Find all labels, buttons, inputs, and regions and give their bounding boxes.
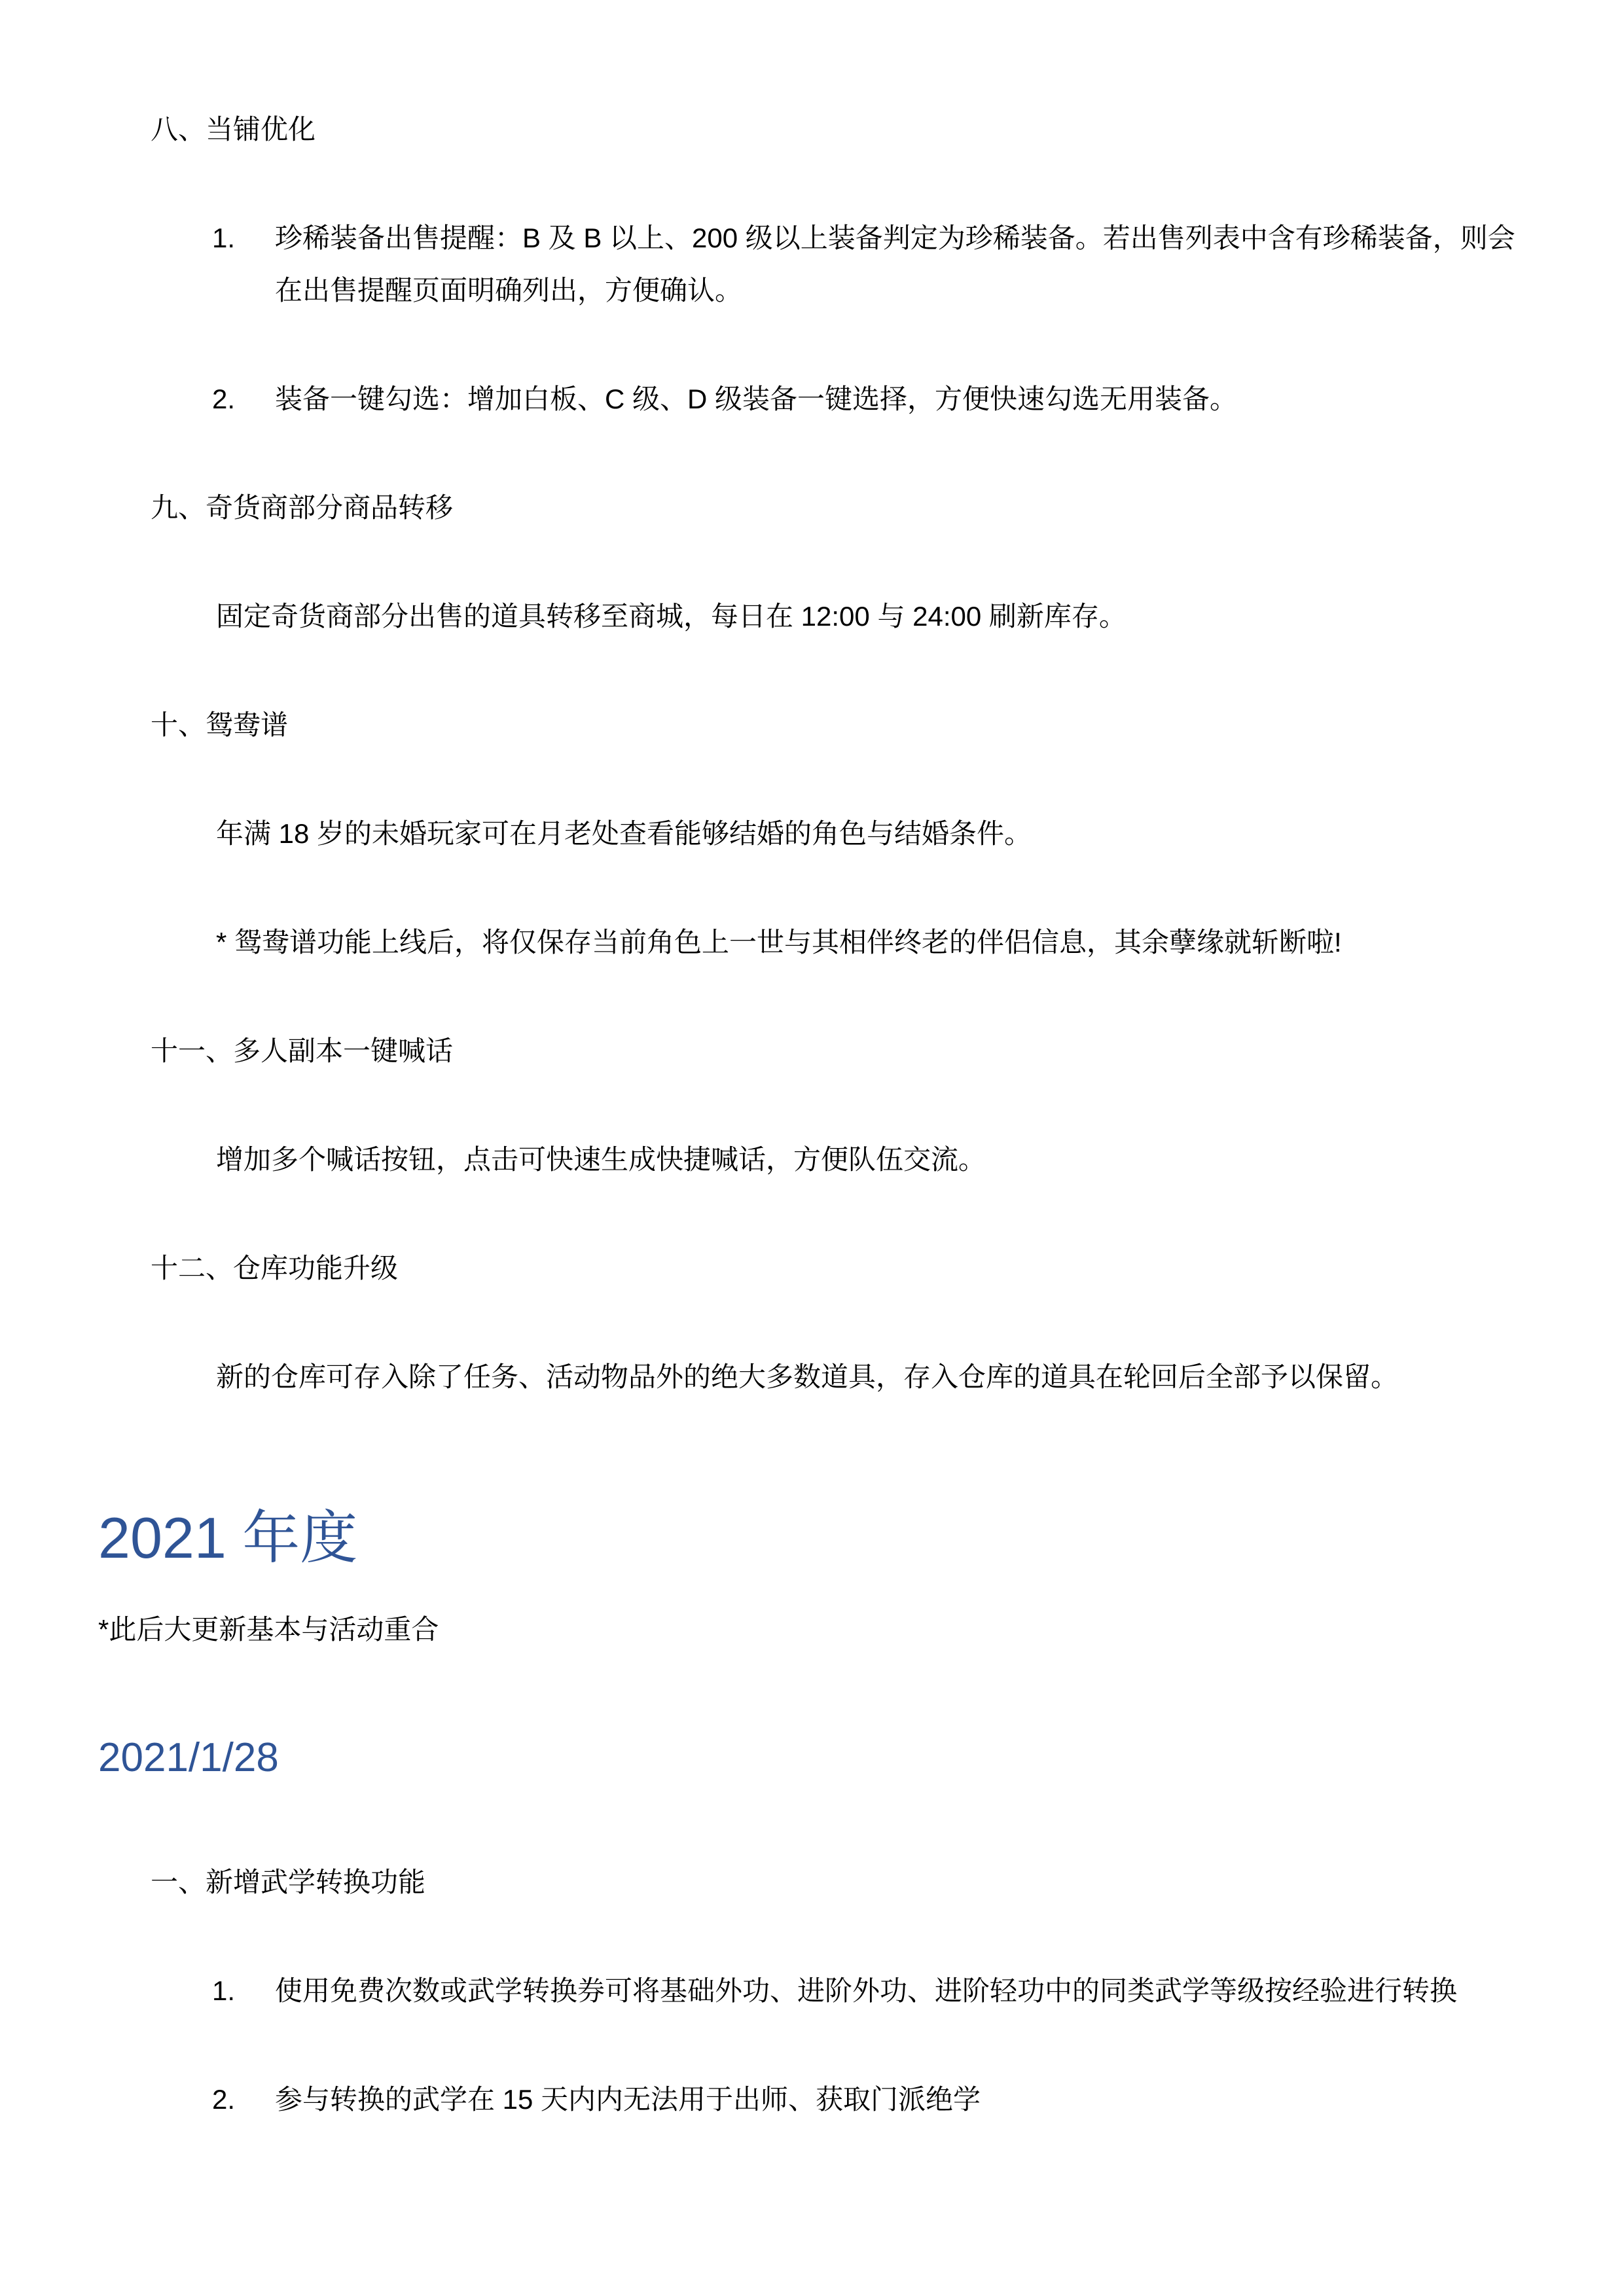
year-title: 2021 年度 bbox=[98, 1501, 1526, 1575]
list-item-number: 1. bbox=[212, 1965, 275, 2017]
date-heading: 2021/1/28 bbox=[98, 1728, 1526, 1788]
section-heading: 十二、仓库功能升级 bbox=[151, 1242, 1526, 1295]
section-heading: 十一、多人副本一键喊话 bbox=[151, 1025, 1526, 1077]
list-item-number: 2. bbox=[212, 373, 275, 425]
paragraph: * 鸳鸯谱功能上线后，将仅保存当前角色上一世与其相伴终老的伴侣信息，其余孽缘就斩… bbox=[216, 916, 1526, 969]
section-heading: 八、当铺优化 bbox=[151, 103, 1526, 156]
section-heading: 一、新增武学转换功能 bbox=[151, 1856, 1526, 1909]
list-item-text: 使用免费次数或武学转换券可将基础外功、进阶外功、进阶轻功中的同类武学等级按经验进… bbox=[275, 1965, 1526, 2017]
section-heading: 十、鸳鸯谱 bbox=[151, 699, 1526, 751]
list-item-text: 参与转换的武学在 15 天内内无法用于出师、获取门派绝学 bbox=[275, 2073, 1526, 2126]
paragraph: 年满 18 岁的未婚玩家可在月老处查看能够结婚的角色与结婚条件。 bbox=[216, 808, 1526, 860]
list-item: 2.参与转换的武学在 15 天内内无法用于出师、获取门派绝学 bbox=[212, 2073, 1526, 2126]
list-item-text: 装备一键勾选：增加白板、C 级、D 级装备一键选择，方便快速勾选无用装备。 bbox=[275, 373, 1526, 425]
paragraph: 增加多个喊话按钮，点击可快速生成快捷喊话，方便队伍交流。 bbox=[216, 1134, 1526, 1186]
paragraph: 固定奇货商部分出售的道具转移至商城，每日在 12:00 与 24:00 刷新库存… bbox=[216, 590, 1526, 643]
paragraph: 新的仓库可存入除了任务、活动物品外的绝大多数道具，存入仓库的道具在轮回后全部予以… bbox=[216, 1351, 1526, 1403]
list-item: 1.使用免费次数或武学转换券可将基础外功、进阶外功、进阶轻功中的同类武学等级按经… bbox=[212, 1965, 1526, 2017]
list-item-text: 珍稀装备出售提醒：B 及 B 以上、200 级以上装备判定为珍稀装备。若出售列表… bbox=[275, 212, 1526, 317]
section-heading: 九、奇货商部分商品转移 bbox=[151, 482, 1526, 534]
list-item: 1.珍稀装备出售提醒：B 及 B 以上、200 级以上装备判定为珍稀装备。若出售… bbox=[212, 212, 1526, 317]
list-item-number: 1. bbox=[212, 212, 275, 264]
list-item-number: 2. bbox=[212, 2073, 275, 2126]
document-blocks: 八、当铺优化1.珍稀装备出售提醒：B 及 B 以上、200 级以上装备判定为珍稀… bbox=[98, 103, 1526, 2126]
list-item: 2.装备一键勾选：增加白板、C 级、D 级装备一键选择，方便快速勾选无用装备。 bbox=[212, 373, 1526, 425]
note: *此后大更新基本与活动重合 bbox=[98, 1604, 1526, 1656]
document-page: 八、当铺优化1.珍稀装备出售提醒：B 及 B 以上、200 级以上装备判定为珍稀… bbox=[0, 0, 1624, 2296]
